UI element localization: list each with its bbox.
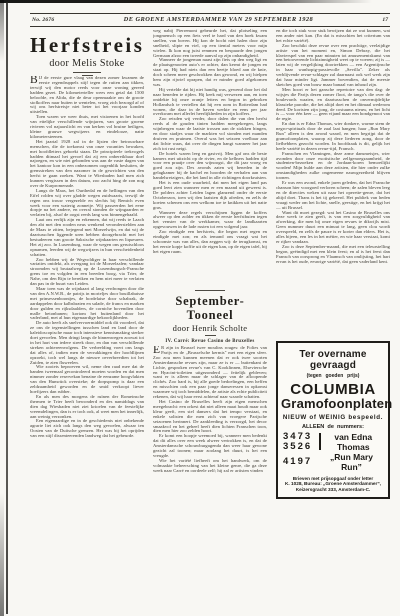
paragraph: Het Casino de Bruxelles heeft zijn eigen… [153, 400, 267, 434]
paragraph: Langs de Maas, het Ourthedal en de helli… [30, 189, 144, 218]
scan-edge-left-shadow [0, 0, 4, 616]
ad-numbers: 3473 3526 van Edna Thomas 4197 „Run Mary… [281, 432, 385, 472]
paragraph: Maar toen was de wijnkaart al lang verdr… [30, 287, 144, 321]
paragraph: Laat ons eerlijk zijn en erkennen, dat w… [30, 218, 144, 257]
column-layout: Herfstreis door Melis Stoke BIJ de eerst… [30, 29, 390, 499]
paragraph: Hij vertelde dat hij niet handig was, ge… [153, 88, 267, 117]
paragraph: Er was een avond, enkele jaren geleden, … [276, 181, 390, 210]
paragraph: De auto heeft als snelvervoermiddel ook … [30, 321, 144, 365]
section-divider [195, 290, 225, 291]
paragraph: Zoo reisden wij verder, door dalen die v… [153, 117, 267, 151]
scan-edge-left [6, 2, 8, 614]
september-tooneel-kicker: IV. Carré: Revue Casino de Bruxelles [153, 339, 267, 344]
issue-number: No. 2676 [32, 17, 54, 23]
paragraph: Het jaartal 1928 zal in de lijsten der b… [30, 140, 144, 189]
september-tooneel-title: September-Tooneel [153, 294, 267, 322]
ad-record-title: „Run Mary Run” [316, 452, 383, 472]
paragraph: ER zijn in Brussel twee moulins rouges: … [153, 346, 267, 400]
september-tooneel-byline: door Henrik Scholte [153, 323, 267, 333]
ad-headline: Ter overname gevraagd [281, 349, 385, 371]
header-row: No. 2676 DE GROENE AMSTERDAMMER VAN 29 S… [30, 14, 390, 26]
herfstreis-text-col1: BIJ de eerste gure vlaag van dezen zomer… [30, 76, 144, 499]
ad-number-stack: 4197 [283, 457, 316, 466]
column-2: weg nabij Pierremont gebeurde het, dat p… [153, 29, 267, 499]
ad-vertical-rule [319, 433, 321, 450]
september-tooneel-text-col3: en die toch stuk voor stuk bewijzen dat … [276, 29, 390, 324]
column-3: en die toch stuk voor stuk bewijzen dat … [276, 29, 390, 499]
ad-product: Gramofoonplaten [281, 397, 385, 411]
headline-divider [73, 72, 101, 73]
herfstreis-title: Herfstreis [30, 34, 144, 56]
paragraph: Toen waren we weer thuis, met visioenen … [30, 115, 144, 140]
paragraph: Het is een oude waarheid, dat men het ei… [153, 181, 267, 210]
herfstreis-text-col2: weg nabij Pierremont gebeurde het, dat p… [153, 29, 267, 285]
paragraph: En dan is er Edna Thomas, wier donkere, … [276, 122, 390, 151]
page-number: 17 [382, 17, 388, 23]
paragraph: Wanneer de jongeman naast zijn fiets op … [153, 58, 267, 87]
september-tooneel-text-col2: ER zijn in Brussel twee moulins rouges: … [153, 346, 267, 499]
paragraph: Wanneer deze regels verschijnen liggen d… [153, 211, 267, 231]
ad-number: 4197 [283, 457, 316, 466]
advertisement-columbia: Ter overname gevraagd (tegen goeden prij… [276, 341, 390, 500]
headline-divider-small [205, 335, 216, 336]
paragraph: Zoo eindigde een herfstreis, die begon m… [153, 230, 267, 255]
masthead-title: DE GROENE AMSTERDAMMER VAN 29 SEPTEMBER … [124, 16, 314, 23]
paragraph: Keizersgracht 333, Amsterdam-C. [281, 487, 385, 493]
herfstreis-header: Herfstreis door Melis Stoke [30, 29, 144, 76]
paragraph: En als men des morgens de ruïnen der Rom… [30, 395, 144, 420]
ad-subline: (tegen goeden prijs) [281, 373, 385, 379]
ad-only-numbers-label: ALLEEN de nummers: [281, 424, 385, 430]
ad-brand: COLUMBIA [281, 382, 385, 397]
paragraph: Zoo hebben wij de Wegvoldiger in haar ve… [30, 258, 144, 287]
paragraph: Wie zooiets beproeven wil, neme den raad… [30, 365, 144, 394]
newspaper-page: No. 2676 DE GROENE AMSTERDAMMER VAN 29 S… [0, 0, 400, 616]
paragraph: weg nabij Pierremont gebeurde het, dat p… [153, 29, 267, 58]
ad-number-stack: 3473 3526 [283, 432, 316, 450]
paragraph: Een eigenaardige en in de geschiedenis n… [30, 419, 144, 439]
ad-condition: NIEUW of WEINIG bespeeld. [281, 414, 385, 421]
scan-edge-top [0, 0, 400, 3]
paragraph: Wie het variété liefheeft om het handwer… [153, 459, 267, 474]
paragraph: K. 1028, Bureau: „Groene Amsterdammer”, [281, 481, 385, 487]
herfstreis-byline: door Melis Stoke [30, 58, 144, 69]
ad-number-row-2: 4197 „Run Mary Run” [283, 452, 383, 472]
paragraph: Zoo is deze September-maand, die met een… [276, 245, 390, 265]
header-rule-bottom [30, 26, 390, 27]
paragraph: De hotels waren leeg en gastvrij. Men ga… [153, 152, 267, 181]
paragraph: Franschen en Vlamingen, deze arme dansme… [276, 152, 390, 181]
september-tooneel-header: September-Tooneel door Henrik Scholte IV… [153, 285, 267, 346]
column-1: Herfstreis door Melis Stoke BIJ de eerst… [30, 29, 144, 499]
paragraph: Want dit moet gezegd: wat het Casino de … [276, 211, 390, 245]
page-header: No. 2676 DE GROENE AMSTERDAMMER VAN 29 S… [30, 13, 390, 27]
ad-artist-name: van Edna Thomas [324, 432, 384, 452]
paragraph: Er komt een hoopje weemoed bij, wanneer … [153, 434, 267, 459]
ad-number-row-1: 3473 3526 van Edna Thomas [283, 432, 383, 452]
paragraph: en die toch stuk voor stuk bewijzen dat … [276, 29, 390, 44]
ad-number: 3526 [283, 442, 316, 451]
paragraph: Zoo beschikt deze revue over een prachti… [276, 44, 390, 88]
ad-footer: Brieven met prijsopgaaf onder letterK. 1… [281, 476, 385, 493]
paragraph: Men hoort er het gansche repertoire van … [276, 88, 390, 122]
paragraph: BIJ de eerste gure vlaag van dezen zomer… [30, 76, 144, 115]
